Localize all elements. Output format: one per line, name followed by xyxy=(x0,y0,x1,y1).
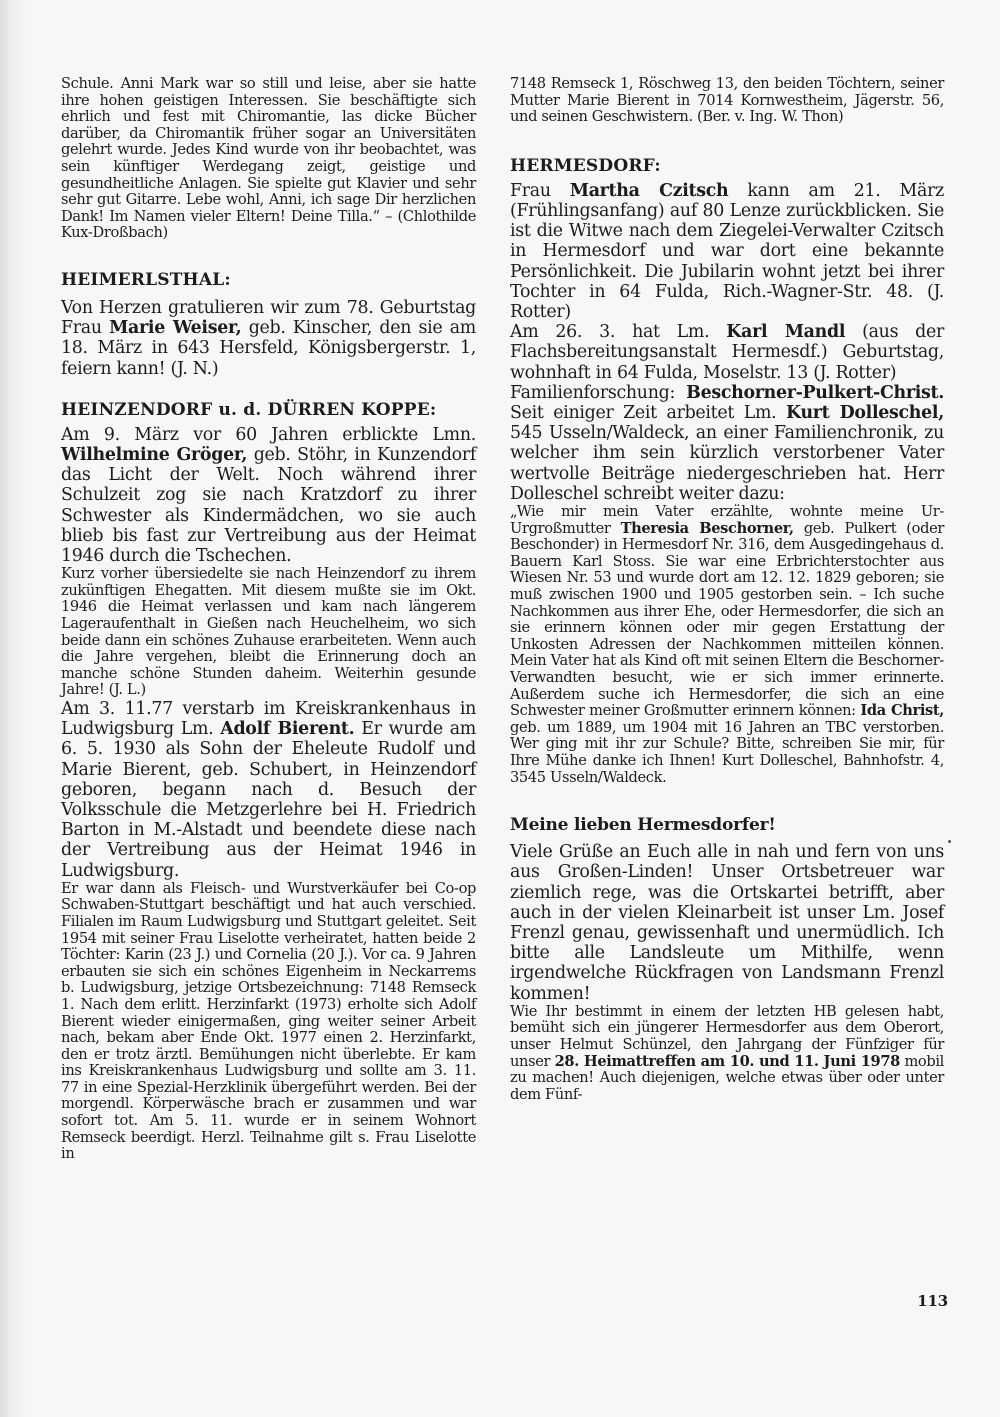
paragraph-anni-mark-obituary: Schule. Anni Mark war so still und leise… xyxy=(61,76,476,242)
paragraph-wilhelmine-groeger: Am 9. März vor 60 Jahren erblickte Lmn. … xyxy=(61,425,476,566)
person-name: Marie Weiser, xyxy=(109,318,241,338)
paragraph-karl-mandl: Am 26. 3. hat Lm. Karl Mandl (aus der Fl… xyxy=(510,322,944,383)
person-name: Theresia Beschorner, xyxy=(621,520,794,537)
paragraph-bierent-details: Er war dann als Fleisch- und Wurstverkäu… xyxy=(61,881,476,1163)
paragraph-groeger-details: Kurz vorher übersiedelte sie nach Heinze… xyxy=(61,566,476,699)
paragraph-marie-weiser-birthday: Von Herzen gratulieren wir zum 78. Gebur… xyxy=(61,298,476,379)
person-name: Martha Czitsch xyxy=(570,181,729,201)
paragraph-martha-czitsch: Frau Martha Czitsch kann am 21. März (Fr… xyxy=(510,181,944,322)
event-name: 28. Heimattreffen am 10. und 11. Juni 19… xyxy=(555,1053,900,1070)
paragraph-adolf-bierent-obituary: Am 3. 11.77 verstarb im Kreiskrankenhaus… xyxy=(61,699,476,881)
right-column: 7148 Remseck 1, Röschweg 13, den beiden … xyxy=(510,76,944,1103)
print-speck xyxy=(948,840,951,843)
paragraph-letter-greetings: Viele Grüße an Euch alle in nah und fern… xyxy=(510,842,944,1004)
person-name: Adolf Bierent. xyxy=(220,719,354,739)
left-column: Schule. Anni Mark war so still und leise… xyxy=(61,76,476,1163)
paragraph-dolleschel-quote: „Wie mir mein Vater erzählte, wohnte mei… xyxy=(510,504,944,786)
section-heading-heinzendorf: HEINZENDORF u. d. DÜRREN KOPPE: xyxy=(61,400,476,420)
page-number: 113 xyxy=(917,1292,948,1310)
binding-shadow xyxy=(0,0,34,1417)
paragraph-letter-heimattreffen: Wie Ihr bestimmt in einem der letzten HB… xyxy=(510,1004,944,1104)
person-name: Wilhelmine Gröger, xyxy=(61,445,247,465)
person-name: Karl Mandl xyxy=(726,322,845,342)
section-heading-heimerlsthal: HEIMERLSTHAL: xyxy=(61,270,476,290)
paragraph-familienforschung: Familienforschung: Beschorner-Pulkert-Ch… xyxy=(510,383,944,504)
section-heading-hermesdorf: HERMESDORF: xyxy=(510,156,944,176)
person-name: Kurt Dolleschel, xyxy=(786,403,944,423)
family-research-title: Beschorner-Pulkert-Christ. xyxy=(686,383,944,403)
person-name: Ida Christ, xyxy=(860,702,944,719)
paragraph-bierent-continuation: 7148 Remseck 1, Röschweg 13, den beiden … xyxy=(510,76,944,126)
section-heading-letter: Meine lieben Hermesdorfer! xyxy=(510,815,944,835)
